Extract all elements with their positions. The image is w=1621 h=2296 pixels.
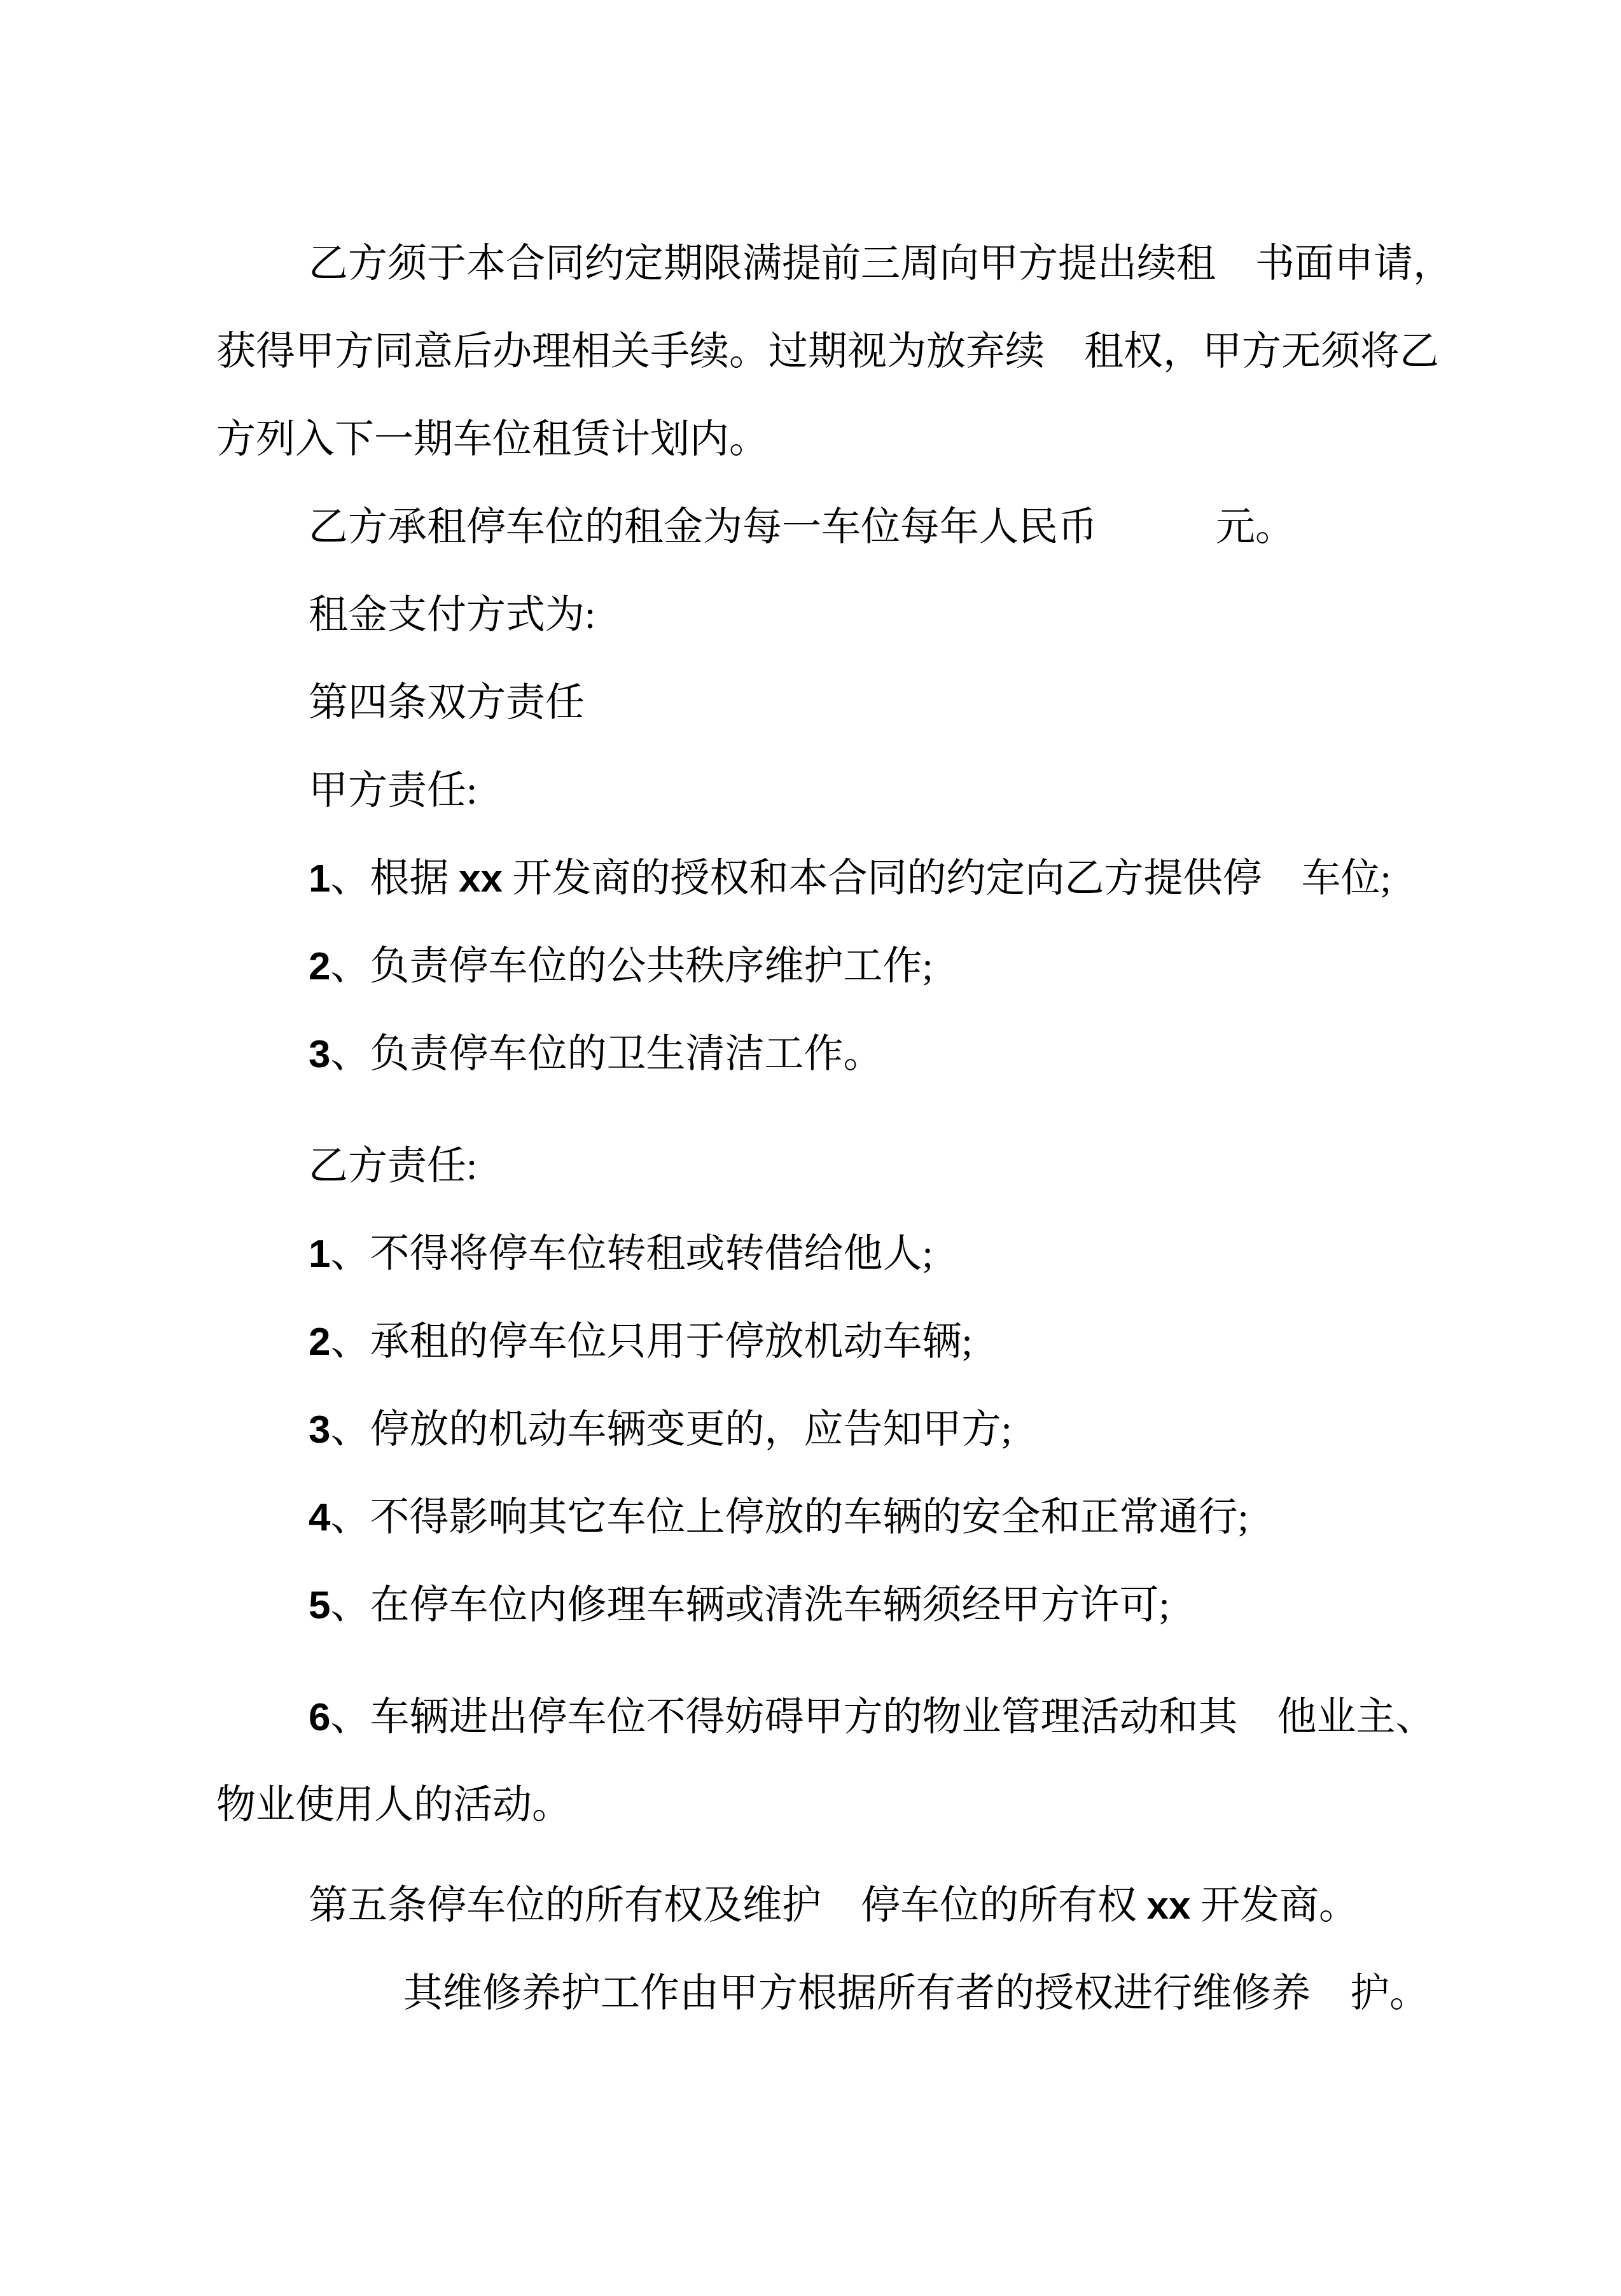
line-text: 获得甲方同意后办理相关手续。过期视为放弃续 租权，甲方无须将乙 (216, 330, 1439, 374)
doc-line-rent-amount: 乙方承租停车位的租金为每一车位每年人民币 元。 (309, 484, 1443, 571)
line-text: 乙方须于本合同约定期限满提前三周向甲方提出续租 书面申请， (309, 242, 1452, 286)
doc-line-payment-method: 租金支付方式为: (309, 571, 1443, 659)
contract-page: 乙方须于本合同约定期限满提前三周向甲方提出续租 书面申请， 获得甲方同意后办理相… (0, 0, 1621, 2296)
doc-list-party-b-item-1: 1、不得将停车位转租或转借给他人; (309, 1210, 1443, 1298)
list-number: 1 (309, 857, 330, 900)
doc-list-party-b-item-5: 5、在停车位内修理车辆或清洗车辆须经甲方许可; (309, 1562, 1443, 1649)
doc-list-party-a-item-2: 2、负责停车位的公共秩序维护工作; (309, 923, 1443, 1011)
doc-line-renewal-3: 方列入下一期车位租赁计划内。 (216, 396, 1443, 484)
doc-list-party-a-item-1: 1、根据 xx 开发商的授权和本合同的约定向乙方提供停 车位; (309, 835, 1443, 923)
doc-heading-party-b-duties: 乙方责任: (309, 1123, 1443, 1210)
line-text: 开发商。 (1190, 1884, 1358, 1928)
doc-list-party-b-item-6: 6、车辆进出停车位不得妨碍甲方的物业管理活动和其 他业主、 (309, 1674, 1443, 1761)
doc-line-maintenance: 其维修养护工作由甲方根据所有者的授权进行维修养 护。 (403, 1950, 1443, 2038)
line-text: 第五条停车位的所有权及维护 停车位的所有权 (309, 1884, 1147, 1928)
line-text: 开发商的授权和本合同的约定向乙方提供停 车位; (503, 857, 1391, 900)
list-number: 2 (309, 944, 330, 988)
doc-line-renewal-2: 获得甲方同意后办理相关手续。过期视为放弃续 租权，甲方无须将乙 (216, 308, 1443, 396)
line-text: 、不得将停车位转租或转借给他人; (330, 1233, 933, 1276)
latin-placeholder: xx (1147, 1884, 1191, 1928)
list-number: 1 (309, 1232, 330, 1276)
line-text: 、负责停车位的公共秩序维护工作; (330, 945, 933, 988)
latin-placeholder: xx (459, 857, 503, 900)
line-text: 其维修养护工作由甲方根据所有者的授权进行维修养 护。 (403, 1972, 1429, 2015)
line-text: 、不得影响其它车位上停放的车辆的安全和正常通行; (330, 1496, 1248, 1539)
doc-heading-clause-4: 第四条双方责任 (309, 659, 1443, 747)
list-number: 4 (309, 1495, 330, 1539)
list-number: 3 (309, 1032, 330, 1076)
line-text: 方列入下一期车位租赁计划内。 (216, 418, 769, 461)
line-text: 乙方承租停车位的租金为每一车位每年人民币 元。 (309, 506, 1295, 549)
line-text: 乙方责任: (309, 1145, 477, 1188)
doc-heading-party-a-duties: 甲方责任: (309, 747, 1443, 835)
doc-list-party-b-item-3: 3、停放的机动车辆变更的，应告知甲方; (309, 1386, 1443, 1474)
line-text: 、停放的机动车辆变更的，应告知甲方; (330, 1408, 1012, 1452)
line-text: 、在停车位内修理车辆或清洗车辆须经甲方许可; (330, 1584, 1169, 1627)
line-text: 、负责停车位的卫生清洁工作。 (330, 1033, 882, 1076)
line-text: 第四条双方责任 (309, 682, 585, 725)
list-number: 5 (309, 1583, 330, 1627)
doc-heading-clause-5: 第五条停车位的所有权及维护 停车位的所有权 xx 开发商。 (309, 1862, 1443, 1950)
doc-list-party-b-item-2: 2、承租的停车位只用于停放机动车辆; (309, 1298, 1443, 1386)
doc-list-party-a-item-3: 3、负责停车位的卫生清洁工作。 (309, 1011, 1443, 1098)
doc-list-party-b-item-4: 4、不得影响其它车位上停放的车辆的安全和正常通行; (309, 1474, 1443, 1562)
line-text: 甲方责任: (309, 769, 477, 813)
line-text: 、承租的停车位只用于停放机动车辆; (330, 1320, 972, 1364)
contract-document: 乙方须于本合同约定期限满提前三周向甲方提出续租 书面申请， 获得甲方同意后办理相… (0, 0, 1621, 2038)
list-number: 3 (309, 1408, 330, 1452)
line-text: 、根据 (330, 857, 459, 900)
list-number: 6 (309, 1695, 330, 1739)
list-number: 2 (309, 1320, 330, 1364)
line-text: 租金支付方式为: (309, 594, 595, 637)
line-text: 物业使用人的活动。 (216, 1784, 571, 1827)
doc-list-party-b-item-6-cont: 物业使用人的活动。 (216, 1761, 1443, 1849)
doc-line-renewal-1: 乙方须于本合同约定期限满提前三周向甲方提出续租 书面申请， (309, 220, 1443, 308)
line-text: 、车辆进出停车位不得妨碍甲方的物业管理活动和其 他业主、 (330, 1696, 1435, 1739)
